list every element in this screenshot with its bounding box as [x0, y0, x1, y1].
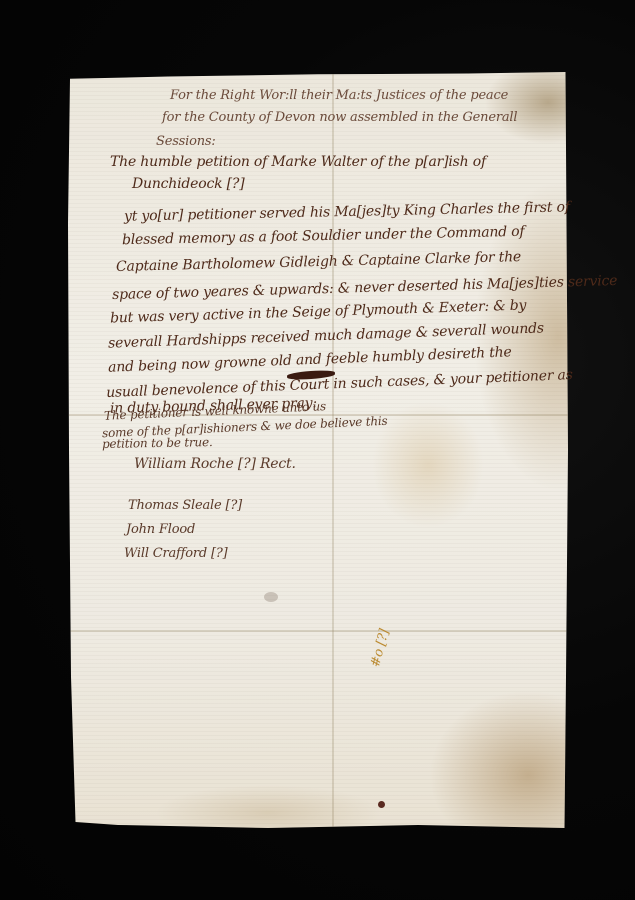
heading-line-2: for the County of Devon now assembled in…	[162, 110, 517, 125]
paper-hole	[378, 801, 385, 808]
signature-thomas: Thomas Sleale [?]	[128, 498, 242, 513]
petition-opening-1: The humble petition of Marke Walter of t…	[110, 154, 486, 170]
signature-will: Will Crafford [?]	[124, 546, 227, 561]
petition-opening-2: Dunchideock [?]	[132, 176, 244, 192]
ink-smudge	[264, 592, 278, 602]
heading-line-3: Sessions:	[156, 134, 216, 149]
horizontal-fold-line	[68, 630, 568, 632]
vertical-fold-line	[332, 72, 334, 828]
signature-william-roche: William Roche [?] Rect.	[134, 456, 296, 472]
certification-line-3: petition to be true.	[102, 435, 213, 451]
heading-line-1: For the Right Wor:ll their Ma:ts Justice…	[170, 88, 508, 103]
signature-john-flood: John Flood	[126, 522, 195, 537]
